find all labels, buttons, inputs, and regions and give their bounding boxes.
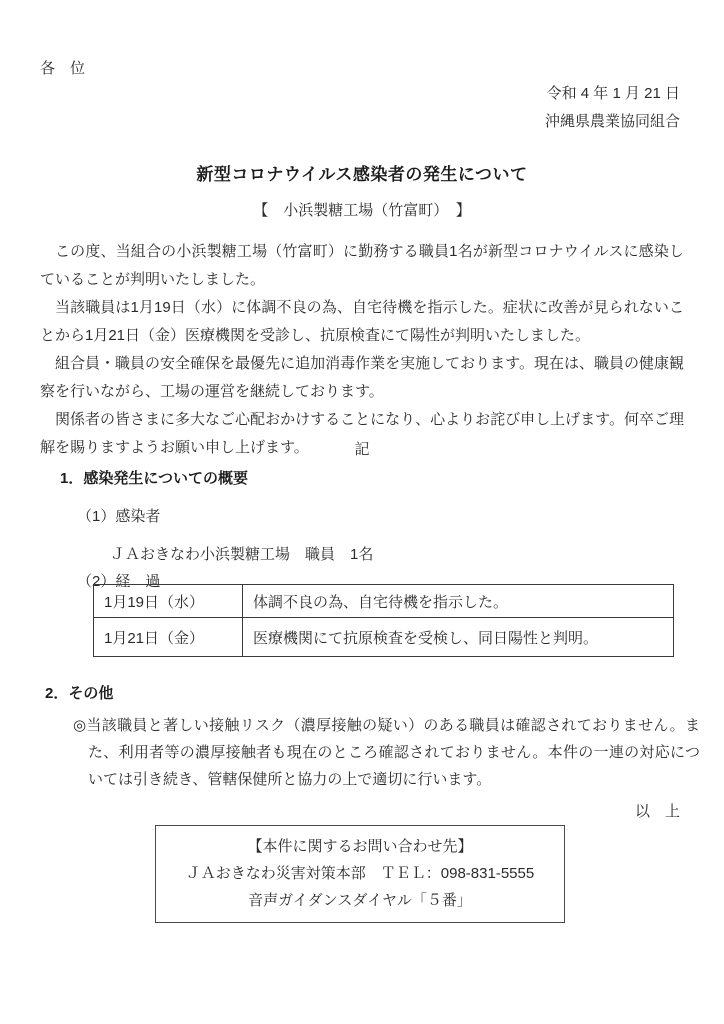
contact-phone-line: ＪＡおきなわ災害対策本部 ＴＥＬ：098-831-5555 (160, 860, 560, 887)
body-paragraph: 当該職員は1月19日（水）に体調不良の為、自宅待機を指示した。症状に改善が見られ… (40, 294, 684, 350)
header-date-block: 令和 4 年 1 月 21 日 沖縄県農業協同組合 (545, 80, 680, 136)
timeline-table: 1月19日（水） 体調不良の為、自宅待機を指示した。 1月21日（金） 医療機関… (93, 584, 674, 657)
contact-box-title: 【本件に関するお問い合わせ先】 (160, 833, 560, 860)
timeline-date-cell: 1月19日（水） (94, 585, 243, 618)
issuing-organization: 沖縄県農業協同組合 (545, 108, 680, 136)
section2-heading: 2．その他 (45, 682, 113, 703)
timeline-date-cell: 1月21日（金） (94, 618, 243, 657)
body-paragraph: この度、当組合の小浜製糖工場（竹富町）に勤務する職員1名が新型コロナウイルスに感… (40, 238, 684, 294)
section1-heading: 1．感染発生についての概要 (60, 467, 248, 488)
document-title: 新型コロナウイルス感染者の発生について (0, 160, 724, 185)
document-subtitle: 【 小浜製糖工場（竹富町） 】 (0, 199, 724, 220)
body-paragraph: 組合員・職員の安全確保を最優先に追加消毒作業を実施しております。現在は、職員の健… (40, 350, 684, 406)
table-row: 1月19日（水） 体調不良の為、自宅待機を指示した。 (94, 585, 674, 618)
contact-box: 【本件に関するお問い合わせ先】 ＪＡおきなわ災害対策本部 ＴＥＬ：098-831… (155, 825, 565, 923)
contact-guidance-line: 音声ガイダンスダイヤル「５番」 (160, 887, 560, 914)
infected-person-value: ＪＡおきなわ小浜製糖工場 職員 1名 (110, 543, 373, 564)
table-row: 1月21日（金） 医療機関にて抗原検査を受検し、同日陽性と判明。 (94, 618, 674, 657)
section2-note: ◎当該職員と著しい接触リスク（濃厚接触の疑い）のある職員は確認されておりません。… (73, 712, 700, 793)
closing-marker: 以 上 (635, 800, 680, 821)
body-paragraphs: この度、当組合の小浜製糖工場（竹富町）に勤務する職員1名が新型コロナウイルスに感… (40, 238, 684, 462)
notice-document-page: 各 位 令和 4 年 1 月 21 日 沖縄県農業協同組合 新型コロナウイルス感… (0, 0, 724, 1024)
timeline-event-cell: 医療機関にて抗原検査を受検し、同日陽性と判明。 (243, 618, 674, 657)
timeline-event-cell: 体調不良の為、自宅待機を指示した。 (243, 585, 674, 618)
issue-date: 令和 4 年 1 月 21 日 (545, 80, 680, 108)
record-marker: 記 (0, 438, 724, 459)
recipient-line: 各 位 (40, 57, 85, 78)
infected-person-label: （1）感染者 (77, 505, 160, 526)
